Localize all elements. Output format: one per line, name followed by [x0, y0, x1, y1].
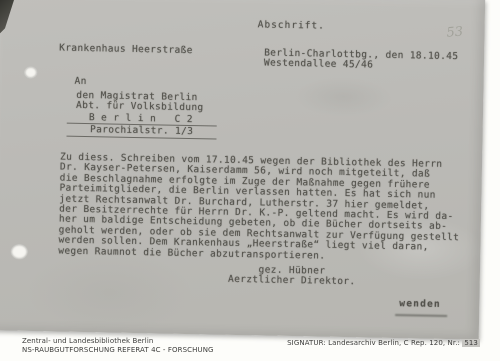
caption-signature-label: SIGNATUR: Landesarchiv Berlin, C Rep. 12…	[287, 339, 462, 347]
handwritten-page-number: 53	[446, 24, 464, 40]
caption-institution: Zentral- und Landesbibliothek Berlin	[22, 337, 214, 346]
signature-block: gez. Hübner Aerztlicher Direktor.	[222, 265, 362, 288]
caption-department: NS-RAUBGUTFORSCHUNG REFERAT 4C - FORSCHU…	[22, 346, 214, 355]
letter-body: Zu diess. Schreiben vom 17.10.45 wegen d…	[58, 153, 462, 265]
sender-name: Krankenhaus Heerstraße	[59, 44, 193, 57]
scanned-letter-page: Abschrift. 53 Krankenhaus Heerstraße Ber…	[0, 0, 485, 340]
turn-page-note: wenden	[399, 299, 441, 310]
salutation: An	[74, 77, 86, 88]
place-date-block: Berlin-Charlottbg., den 18.10.45 Westend…	[264, 48, 459, 73]
caption-signature: SIGNATUR: Landesarchiv Berlin, C Rep. 12…	[287, 339, 480, 348]
recipient-street: Parochialstr. 1/3	[67, 123, 217, 140]
punch-hole-bottom	[11, 245, 27, 259]
caption-signature-number: 513	[462, 339, 480, 347]
caption-left: Zentral- und Landesbibliothek Berlin NS-…	[22, 337, 214, 354]
archival-scan-page: { "letter": { "copy_label": "Abschrift."…	[0, 0, 500, 361]
punch-hole-top	[25, 67, 37, 78]
recipient-address: den Magistrat Berlin Abt. für Volksbildu…	[76, 91, 204, 114]
copy-label: Abschrift.	[258, 20, 325, 32]
turn-page-underline	[395, 314, 447, 317]
